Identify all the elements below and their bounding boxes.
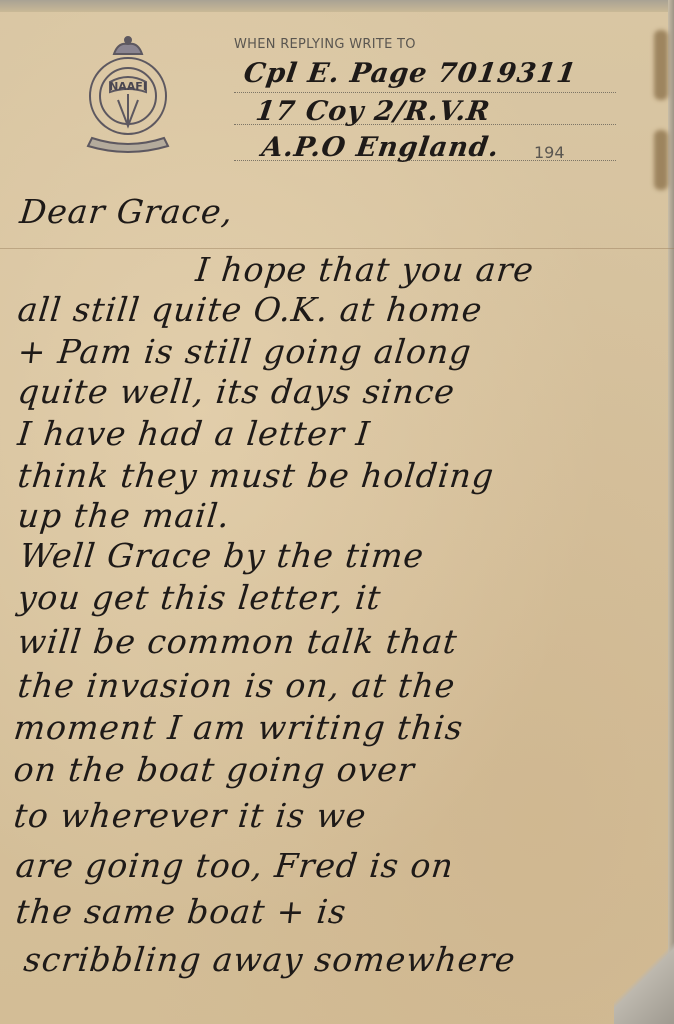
letter-line: to wherever it is we: [12, 796, 369, 835]
paper-corner-curl: [614, 934, 674, 1024]
paper-stain: [654, 130, 668, 190]
letter-line: you get this letter, it: [16, 578, 383, 617]
letter-line: on the boat going over: [12, 750, 417, 789]
letter-line: I have had a letter I: [16, 414, 372, 453]
letter-line: moment I am writing this: [12, 708, 465, 747]
letter-line: + Pam is still going along: [16, 332, 474, 371]
paper-stain: [654, 30, 668, 100]
letter-line: I hope that you are: [194, 250, 536, 289]
paper-right-edge: [668, 0, 674, 1024]
letter-line: up the mail.: [16, 496, 232, 535]
letter-line: the same boat + is: [14, 892, 349, 931]
address-dotted-line: [234, 92, 616, 93]
svg-text:NAAFI: NAAFI: [109, 80, 147, 93]
letter-line: the invasion is on, at the: [16, 666, 457, 705]
letter-line: quite well, its days since: [16, 372, 457, 411]
naafi-crest-icon: NAAFI: [80, 34, 176, 158]
salutation: Dear Grace,: [18, 192, 235, 231]
paper-top-edge: [0, 0, 674, 12]
paper-fold-line: [0, 248, 674, 249]
letter-line: are going too, Fred is on: [14, 846, 456, 885]
letter-line: all still quite O.K. at home: [16, 290, 485, 329]
return-address-line-1: Cpl E. Page 7019311: [242, 58, 579, 89]
letter-line: Well Grace by the time: [18, 536, 426, 575]
letter-line: will be common talk that: [16, 622, 460, 661]
reply-label: WHEN REPLYING WRITE TO: [234, 37, 416, 52]
return-address-line-2: 17 Coy 2/R.V.R: [254, 96, 492, 127]
letter-page: NAAFI WHEN REPLYING WRITE TO 194 Cpl E. …: [0, 0, 674, 1024]
printed-year: 194: [534, 143, 565, 162]
letter-line: think they must be holding: [16, 456, 496, 495]
return-address-line-3: A.P.O England.: [260, 132, 502, 163]
letter-line: scribbling away somewhere: [22, 940, 518, 979]
